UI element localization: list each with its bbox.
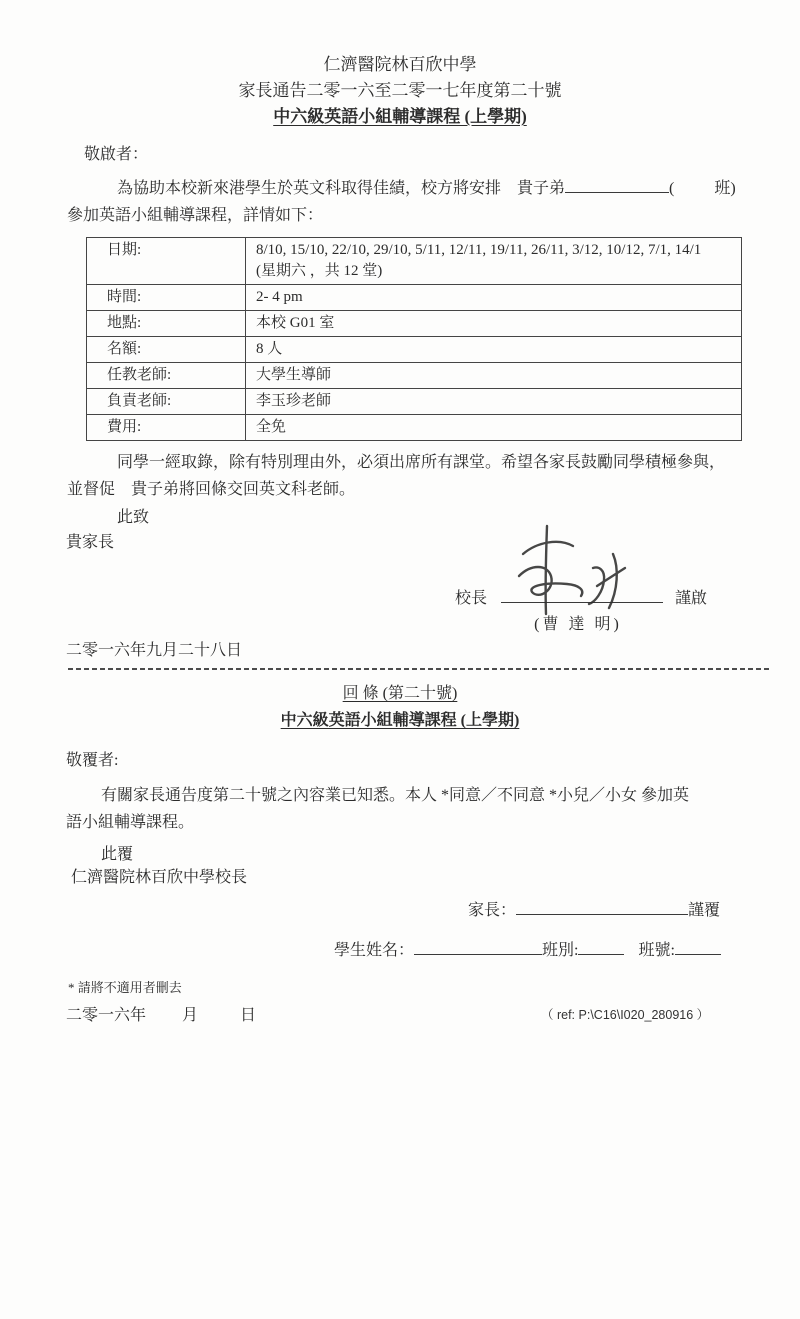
date-note: (星期六 ，共 12 堂)	[256, 261, 731, 282]
time-label: 時間:	[87, 285, 246, 311]
reply-addressee: 仁濟醫院林百欣中學校長	[71, 864, 247, 887]
letterhead: 仁濟醫院林百欣中學 家長通告二零一六至二零一七年度第二十號 中六級英語小組輔導課…	[0, 52, 800, 130]
student-name-blank-2	[414, 939, 542, 955]
body-line-2: 並督促 貴子弟將回條交回英文科老師。	[67, 476, 355, 499]
reply-date-year: 二零一六年	[66, 1007, 146, 1024]
parent-respectfully: 謹覆	[688, 902, 720, 919]
intro-line-1: 為協助本校新來港學生於英文科取得佳績，校方將安排 貴子弟(班)	[117, 175, 736, 198]
school-name: 仁濟醫院林百欣中學	[0, 52, 800, 78]
date-list: 8/10, 15/10, 22/10, 29/10, 5/11, 12/11, …	[256, 240, 731, 261]
closing-cizhi: 此致	[117, 504, 149, 527]
student-info-row: 學生姓名：班別:班號:	[334, 937, 721, 960]
principal-signature-row: 校長 謹啟	[455, 585, 707, 608]
class-paren-close: 班)	[714, 180, 735, 197]
tear-off-separator	[68, 668, 770, 670]
parent-label: 家長：	[468, 902, 516, 919]
reply-closing: 此覆	[101, 841, 133, 864]
fee-label: 費用:	[87, 415, 246, 441]
course-details-table: 日期: 8/10, 15/10, 22/10, 29/10, 5/11, 12/…	[86, 237, 742, 441]
notice-number-line: 家長通告二零一六至二零一七年度第二十號	[0, 78, 800, 104]
venue-value: 本校 G01 室	[246, 311, 742, 337]
teacher-in-charge-label: 負責老師:	[87, 389, 246, 415]
student-name-blank	[565, 177, 669, 193]
class-number-blank	[675, 939, 721, 955]
notice-title: 中六級英語小組輔導課程 (上學期)	[0, 104, 800, 130]
table-row: 任教老師: 大學生導師	[87, 363, 742, 389]
tutor-value: 大學生導師	[246, 363, 742, 389]
reply-salutation: 敬覆者:	[66, 747, 118, 770]
table-row: 地點: 本校 G01 室	[87, 311, 742, 337]
footnote: * 請將不適用者刪去	[68, 977, 182, 996]
principal-signature-scribble	[501, 524, 651, 616]
table-row: 負責老師: 李玉珍老師	[87, 389, 742, 415]
class-paren-open: (	[669, 180, 674, 197]
tutor-label: 任教老師:	[87, 363, 246, 389]
scanned-notice-page: 仁濟醫院林百欣中學 家長通告二零一六至二零一七年度第二十號 中六級英語小組輔導課…	[0, 0, 800, 1319]
parent-signature-row: 家長：謹覆	[468, 897, 720, 920]
time-value: 2- 4 pm	[246, 285, 742, 311]
recipient-parents: 貴家長	[66, 529, 114, 552]
reply-slip-subtitle: 中六級英語小組輔導課程 (上學期)	[0, 707, 800, 730]
file-reference: （ ref: P:\C16\I020_280916 ）	[541, 1005, 709, 1023]
reply-date-row: 二零一六年月日	[66, 1002, 256, 1025]
quota-label: 名額:	[87, 337, 246, 363]
principal-signature-line	[501, 587, 663, 603]
date-label: 日期:	[87, 238, 246, 285]
notice-date: 二零一六年九月二十八日	[66, 637, 242, 660]
salutation: 敬啟者：	[84, 141, 148, 164]
quota-value: 8 人	[246, 337, 742, 363]
fee-value: 全免	[246, 415, 742, 441]
principal-respectfully: 謹啟	[675, 590, 707, 607]
table-row: 費用: 全免	[87, 415, 742, 441]
teacher-in-charge-value: 李玉珍老師	[246, 389, 742, 415]
class-blank-2	[578, 939, 624, 955]
principal-label: 校長	[455, 590, 487, 607]
student-name-label: 學生姓名：	[334, 942, 414, 959]
class-number-label: 班號:	[638, 942, 674, 959]
reply-date-month: 月	[182, 1007, 198, 1024]
reply-line-2: 語小組輔導課程。	[66, 809, 194, 832]
parent-signature-blank	[516, 899, 688, 915]
reply-slip-title: 回 條 (第二十號)	[0, 680, 800, 703]
principal-name: (曹 達 明)	[497, 611, 659, 634]
body-line-1: 同學一經取錄，除有特別理由外，必須出席所有課堂。希望各家長鼓勵同學積極參與，	[117, 449, 725, 472]
reply-line-1: 有關家長通告度第二十號之內容業已知悉。本人 *同意／不同意 *小兒／小女 參加英	[101, 782, 689, 805]
venue-label: 地點:	[87, 311, 246, 337]
date-value: 8/10, 15/10, 22/10, 29/10, 5/11, 12/11, …	[246, 238, 742, 285]
table-row: 日期: 8/10, 15/10, 22/10, 29/10, 5/11, 12/…	[87, 238, 742, 285]
table-row: 名額: 8 人	[87, 337, 742, 363]
reply-date-day: 日	[240, 1007, 256, 1024]
table-row: 時間: 2- 4 pm	[87, 285, 742, 311]
intro-line-1-text: 為協助本校新來港學生於英文科取得佳績，校方將安排 貴子弟	[117, 180, 565, 197]
class-label: 班別:	[542, 942, 578, 959]
intro-line-2: 參加英語小組輔導課程，詳情如下：	[67, 202, 323, 225]
